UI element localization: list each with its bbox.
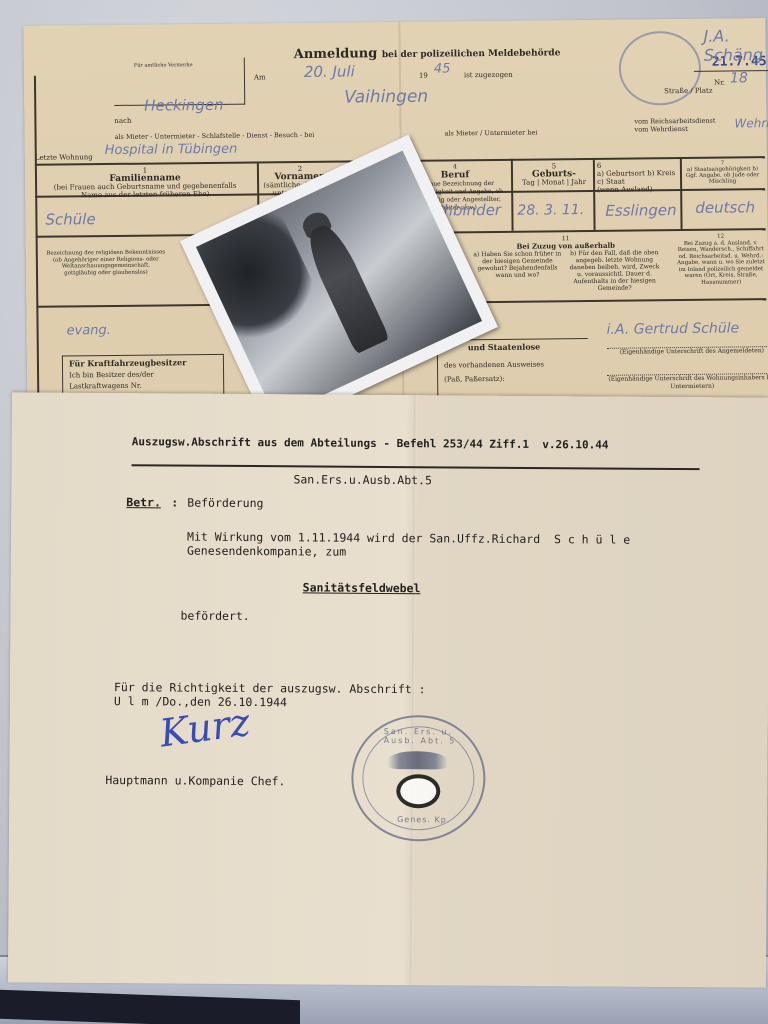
section-12: 12 Bei Zuzug a. d. Ausland, v. Reisen, W… <box>676 233 767 286</box>
seal-text-top: San. Ers. u. Ausb. Abt. 5 <box>384 727 484 746</box>
tenant-alt: als Mieter / Untermieter bei <box>445 129 538 138</box>
new-rank: Sanitätsfeldwebel <box>303 580 421 595</box>
section-11: 11 Bei Zuzug von außerhalb a) Haben Sie … <box>471 234 662 293</box>
col-1-header: 1Familienname(bei Frauen auch Geburtsnam… <box>45 166 245 200</box>
handwritten-initials: J.A. Schäng <box>703 26 763 65</box>
form-title-suffix: bei der polizeilichen Meldebehörde <box>382 48 561 60</box>
body-line-2: Genesendenkompanie, zum <box>187 544 346 559</box>
religion-label: Bezeichnung des religiösen Bekenntnisses… <box>46 249 166 276</box>
birthdate-value: 28. 3. 11. <box>517 202 584 219</box>
promoted-text: befördert. <box>180 609 249 623</box>
order-header: Auszugsw.Abschrift aus dem Abteilungs - … <box>132 435 609 451</box>
signature-label-2: (Eigenhändige Unterschrift des Wohnungsi… <box>607 373 768 392</box>
street-label: Straße / Platz <box>664 87 712 96</box>
to-place: Vaihingen <box>344 87 428 108</box>
from-place: Heckingen <box>144 96 224 115</box>
last-residence-label: Letzte Wohnung <box>35 153 93 162</box>
year-value: 45 <box>434 61 451 76</box>
redaction-mark <box>396 774 440 808</box>
registered-day: 20. Juli <box>304 62 355 81</box>
last-residence-value: Hospital in Tübingen <box>105 142 238 158</box>
official-seal: San. Ers. u. Ausb. Abt. 5 Genes. Kp. <box>351 715 486 842</box>
signature-label-1: (Eigenhändige Unterschrift des Angemelde… <box>607 346 768 357</box>
form-title-main: Anmeldung <box>294 46 378 62</box>
stateless-line: (Paß, Paßersatz): <box>444 371 582 386</box>
house-number: 18 <box>730 70 748 86</box>
service-label-wehr: vom Wehrdienst <box>634 125 715 134</box>
grid-line <box>511 159 513 231</box>
stateless-box: und Staatenlose des vorhandenen Ausweise… <box>437 338 589 403</box>
seal-text-bottom: Genes. Kp. <box>397 815 450 824</box>
col-5-header: 5Geburts-Tag | Monat | Jahr <box>515 162 593 187</box>
subject-label: Betr. <box>126 495 161 509</box>
col-6-header: 6a) Geburtsort b) Kreis c) Staat(wenn Au… <box>597 161 679 194</box>
stateless-line: des vorhandenen Ausweises <box>444 357 582 372</box>
registered-suffix: ist zugezogen <box>464 71 513 80</box>
nr-label: Nr. <box>714 79 725 87</box>
grid-line <box>680 157 682 229</box>
nationality-value: deutsch <box>695 198 755 217</box>
registrant-signature: i.A. Gertrud Schüle <box>607 320 740 337</box>
religion-value: evang. <box>67 323 111 338</box>
remark-label: Für amtliche Vermerke <box>134 62 193 69</box>
service-value: Wehrmacht <box>734 116 768 131</box>
nach-label: nach <box>114 117 131 125</box>
tenant-line: als Mieter - Untermieter - Schlafstelle … <box>115 131 315 141</box>
unit-name: San.Ers.u.Ausb.Abt.5 <box>293 472 432 487</box>
service-labels: vom Reichsarbeitsdienst vom Wehrdienst <box>634 117 715 134</box>
form-title: Anmeldung bei der polizeilichen Meldebeh… <box>294 44 561 62</box>
am-label: Am <box>254 73 266 81</box>
signatory-title: Hauptmann u.Kompanie Chef. <box>105 773 285 788</box>
col-7-header: 7a) Staatsangehörigkeit b) Ggf. Angabe, … <box>685 160 760 185</box>
grid-line <box>593 158 595 230</box>
promotion-order: Auszugsw.Abschrift aus dem Abteilungs - … <box>8 392 768 987</box>
subject-value: Beförderung <box>187 496 263 511</box>
surname-value: Schüle <box>45 210 95 229</box>
eagle-emblem-icon <box>387 751 447 769</box>
birthplace-value: Esslingen <box>605 201 676 220</box>
year-prefix: 19 <box>419 72 428 80</box>
